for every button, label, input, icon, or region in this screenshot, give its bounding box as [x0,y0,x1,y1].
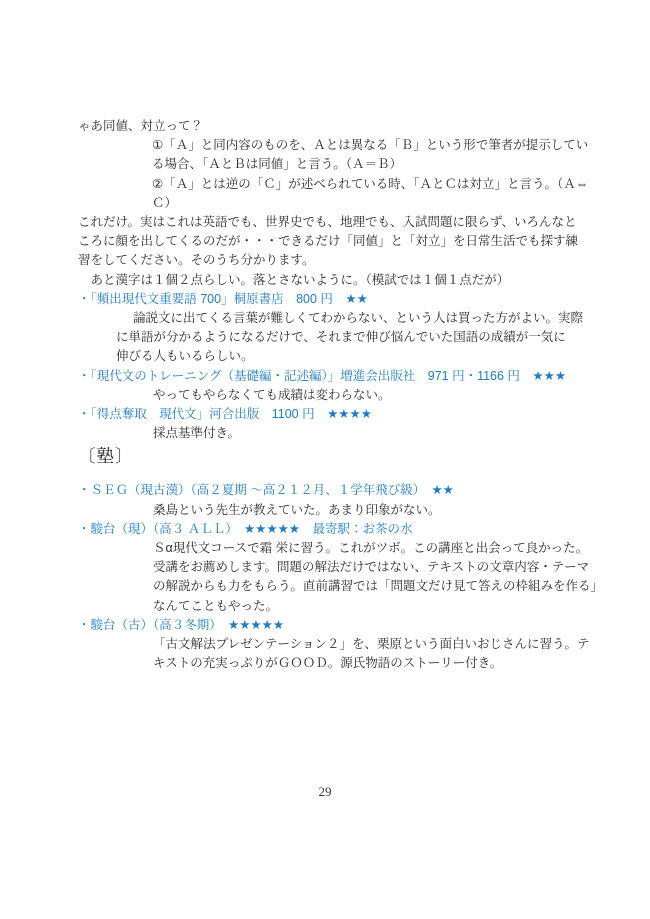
comment-line: に単語が分かるようになるだけで、それまで伸び悩んでいた国語の成績が一気に [116,328,580,347]
intro-line: る場合、「ＡとＢは同値」と言う。（Ａ＝Ｂ） [152,155,580,174]
juku-title: ・駿台（現）（高３ ＡＬＬ） ★★★★★ 最寄駅：お茶の水 [78,520,580,539]
comment-line: なんてこともやった。 [153,597,580,616]
comment-line: 受講をお薦めします。問題の解法だけではない、テキストの文章内容・テーマ [153,558,580,577]
comment-line: 桑島という先生が教えていた。あまり印象がない。 [153,501,580,520]
book-title: ・「頻出現代文重要語 700」桐原書店 800 円 ★★ [78,290,580,309]
comment-line: の解説からも力をもらう。直前講習では「問題文だけ見て答えの枠組みを作る」 [153,577,580,596]
comment-line: キストの充実っぷりがＧＯＯＤ。源氏物語のストーリー付き。 [153,654,580,673]
section-heading-juku: 〔塾〕 [78,443,580,469]
intro-line: あと漢字は１個２点らしい。落とさないように。（模試では１個１点だが） [78,271,580,290]
comment-line: 論説文に出てくる言葉が難しくてわからない、という人は買った方がよい。実際 [133,309,580,328]
intro-line: ②「Ａ」とは逆の「Ｃ」が述べられている時、「ＡとＣは対立」と言う。（Ａ⇔ [152,175,580,194]
intro-line: 習をしてください。そのうち分かります。 [78,251,580,270]
book-title: ・「得点奪取 現代文」河合出版 1100 円 ★★★★ [78,405,580,424]
juku-title: ・ＳＥＧ（現古漢）（高２夏期 ～高２１２月、１学年飛び級） ★★ [78,481,580,500]
comment-line: 「古文解法プレゼンテーション２」を、栗原という面白いおじさんに習う。テ [153,635,580,654]
intro-line: これだけ。実はこれは英語でも、世界史でも、地理でも、入試問題に限らず、いろんなと [78,213,580,232]
comment-line: 採点基準付き。 [153,424,580,443]
intro-line: Ｃ） [152,194,580,213]
page-number: 29 [0,782,650,801]
comment-line: Ｓα現代文コースで霜 栄に習う。これがツボ。この講座と出会って良かった。 [153,539,580,558]
juku-title: ・駿台（古）（高３冬期） ★★★★★ [78,616,580,635]
intro-line: ころに顔を出してくるのだが・・・できるだけ「同値」と「対立」を日常生活でも探す練 [78,232,580,251]
book-title: ・「現代文のトレーニング（基礎編・記述編）」増進会出版社 971 円・1166 … [78,367,580,386]
intro-line: ゃあ同値、対立って？ [78,117,580,136]
comment-line: やってもやらなくても成績は変わらない。 [153,386,580,405]
intro-line: ①「Ａ」と同内容のものを、Ａとは異なる「Ｂ」という形で筆者が提示してい [152,136,580,155]
document-page: ゃあ同値、対立って？ ①「Ａ」と同内容のものを、Ａとは異なる「Ｂ」という形で筆者… [0,0,650,919]
comment-line: 伸びる人もいるらしい。 [116,347,580,366]
page-content: ゃあ同値、対立って？ ①「Ａ」と同内容のものを、Ａとは異なる「Ｂ」という形で筆者… [0,0,650,673]
